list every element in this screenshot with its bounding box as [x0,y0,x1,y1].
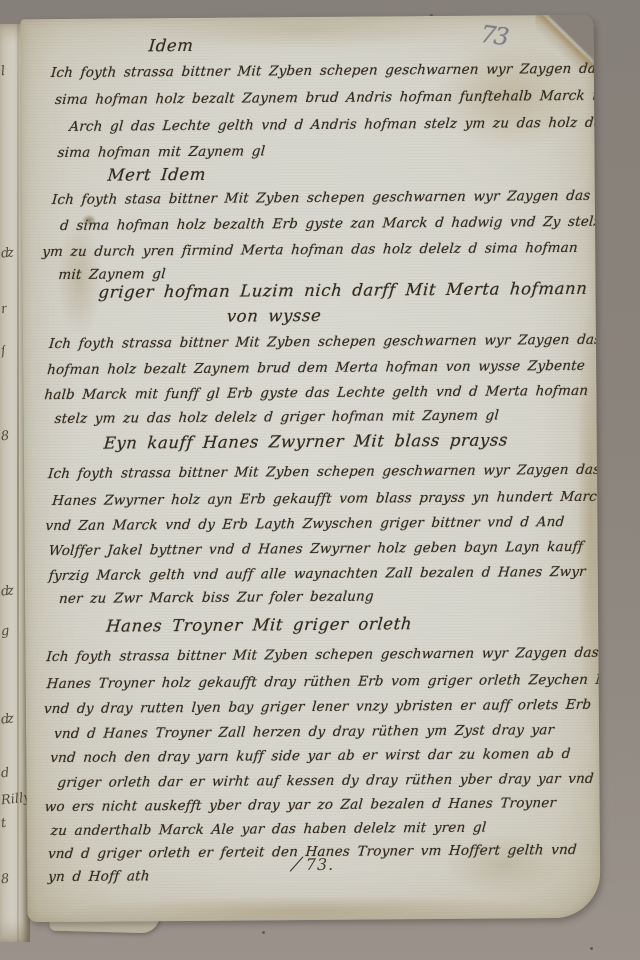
gutter-ink-fragment: Rilly [0,791,27,809]
manuscript-line: Ich foyth strassa bittner Mit Zyben sche… [46,645,601,665]
manuscript-heading: Mert Idem [107,165,207,185]
gutter-ink-fragment: ʣ [0,711,14,727]
gutter-ink-fragment: r [0,302,8,318]
manuscript-line: sima hofman mit Zaynem gl [57,143,266,161]
folio-bottom-number: 73. [306,855,335,874]
manuscript-line: wo ers nicht auskefft yber dray yar zo Z… [44,795,557,815]
manuscript-line: Arch gl das Lechte gelth vnd d Andris ho… [69,114,601,135]
gutter-ink-fragment: l [0,64,6,79]
manuscript-line: ym zu durch yren firmind Merta hofman da… [42,240,579,260]
gutter-ink-fragment: ʣ [0,245,14,261]
manuscript-line: Wolffer Jakel byttner vnd d Hanes Zwyrne… [48,539,584,559]
photo-scene: lʣrſ8ʣgʣdRillyt8 73 IdemIch foyth strass… [0,0,640,960]
manuscript-line: d sima hofman holz bezalth Erb gyste zan… [59,214,600,234]
manuscript-line: Ich foyth stasa bittner Mit Zyben schepe… [51,188,591,208]
manuscript-heading: Idem [148,36,194,55]
manuscript-line: griger orleth dar er wirht auf kessen dy… [57,771,595,791]
manuscript-page: 73 IdemIch foyth strassa bittner Mit Zyb… [20,15,600,922]
manuscript-line: yn d Hoff ath [48,868,151,885]
gutter-ink-fragment: 8 [0,872,10,888]
text-layer: IdemIch foyth strassa bittner Mit Zyben … [20,15,600,922]
manuscript-line: vnd dy dray rutten lyen bay griger lener… [43,697,592,717]
manuscript-line: Ich foyth strassa bittner Mit Zyben sche… [47,462,600,482]
gutter-ink-fragment: ſ [0,344,6,359]
folio-number-bottom: ⁄73. [295,855,334,874]
manuscript-heading: griger hofman Luzim nich darff Mit Merta… [98,279,588,302]
manuscript-line: hofman holz bezalt Zaynem brud dem Merta… [47,358,586,378]
manuscript-line: vnd noch den dray yarn kuff side yar ab … [50,746,572,766]
manuscript-heading: Eyn kauff Hanes Zwyrner Mit blass prayss [103,430,509,452]
manuscript-line: Ich foyth strassa bittner Mit Zyben sche… [50,61,600,81]
gutter-ink-fragment: g [0,624,10,640]
manuscript-line: mit Zaynem gl [58,266,167,283]
manuscript-line: vnd Zan Marck vnd dy Erb Layth Zwyschen … [45,514,565,534]
table-speck [590,947,593,950]
gutter-ink-fragment: 8 [0,429,10,445]
manuscript-line: halb Marck mit funff gl Erb gyste das Le… [44,383,589,403]
manuscript-line: zu anderthalb Marck Ale yar das haben de… [50,820,487,839]
gutter-ink-fragment: ʣ [0,583,14,599]
table-speck [262,931,265,934]
manuscript-line: vnd d Hanes Troyner Zall herzen dy dray … [53,722,554,742]
manuscript-line: Ich foyth strassa bittner Mit Zyben sche… [48,331,600,352]
manuscript-line: stelz ym zu das holz delelz d griger hof… [54,408,500,428]
manuscript-line: Hanes Troyner holz gekaufft dray rüthen … [46,671,600,692]
manuscript-line: fyrzig Marck gelth vnd auff alle waynach… [48,564,586,584]
manuscript-heading: von wysse [226,306,322,326]
gutter-ink-fragment: d [0,766,10,782]
manuscript-line: ner zu Zwr Marck biss Zur foler bezalung [58,589,374,607]
manuscript-line: sima hofman holz bezalt Zaynem brud Andr… [54,88,600,108]
gutter-ink-fragment: t [0,816,7,831]
manuscript-heading: Hanes Troyner Mit griger orleth [105,614,412,635]
manuscript-line: Hanes Zwyrner holz ayn Erb gekaufft vom … [52,489,601,509]
